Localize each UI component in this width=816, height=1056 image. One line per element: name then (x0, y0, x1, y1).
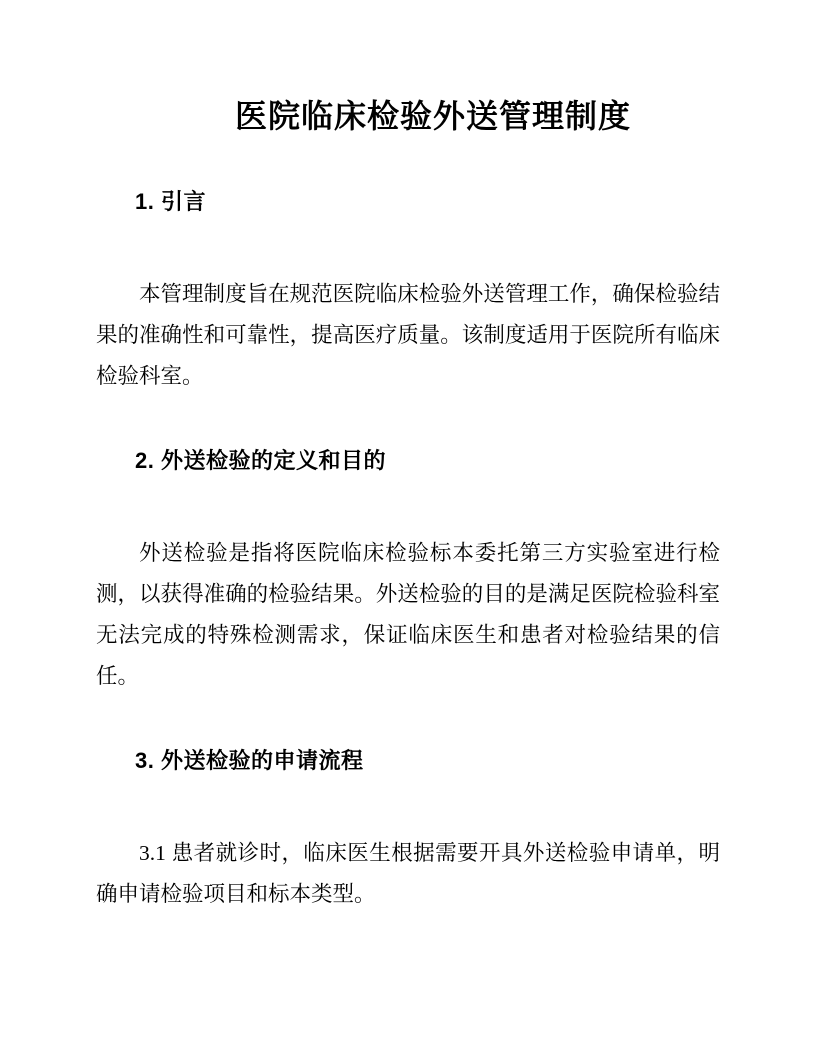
section-3-heading: 3. 外送检验的申请流程 (96, 745, 720, 777)
section-1-heading: 1. 引言 (96, 186, 720, 218)
section-application-process: 3. 外送检验的申请流程 3.1 患者就诊时，临床医生根据需要开具外送检验申请单… (96, 745, 720, 915)
section-introduction: 1. 引言 本管理制度旨在规范医院临床检验外送管理工作，确保检验结果的准确性和可… (96, 186, 720, 397)
section-2-heading: 2. 外送检验的定义和目的 (96, 445, 720, 477)
section-definition-purpose: 2. 外送检验的定义和目的 外送检验是指将医院临床检验标本委托第三方实验室进行检… (96, 445, 720, 697)
section-3-paragraph: 3.1 患者就诊时，临床医生根据需要开具外送检验申请单，明确申请检验项目和标本类… (96, 833, 720, 915)
section-1-paragraph: 本管理制度旨在规范医院临床检验外送管理工作，确保检验结果的准确性和可靠性，提高医… (96, 274, 720, 397)
document-page: 医院临床检验外送管理制度 1. 引言 本管理制度旨在规范医院临床检验外送管理工作… (0, 0, 816, 1056)
document-title: 医院临床检验外送管理制度 (96, 94, 720, 138)
section-2-paragraph: 外送检验是指将医院临床检验标本委托第三方实验室进行检测，以获得准确的检验结果。外… (96, 533, 720, 697)
